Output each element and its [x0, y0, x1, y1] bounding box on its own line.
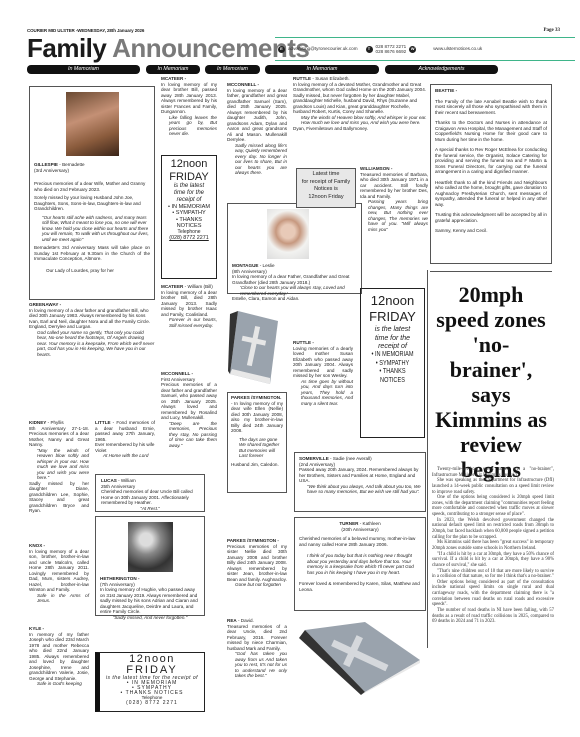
bible-illustration	[228, 306, 283, 386]
website-link[interactable]: www.ulsternotices.co.uk	[433, 46, 482, 52]
article-paragraph: Ms Kimmins said there has been "great su…	[432, 540, 554, 551]
notice-verse: "May the winds of Heaven blow softly and…	[29, 448, 89, 481]
notice-verse: At Home with the Lord	[95, 453, 155, 459]
column-divider	[430, 271, 552, 272]
notice-name: GILLESPIE	[34, 162, 58, 167]
notice-line: 12noon Friday	[297, 194, 355, 202]
news-headline: 20mph speed zones 'no-brainer', says Kim…	[432, 282, 550, 482]
notice-montague: MONTAGUE - Leslie (8th Anniversary) In l…	[227, 203, 362, 294]
notice-text: In loving memory of a dear father, grand…	[227, 88, 287, 143]
ad-line: • SYMPATHY	[367, 360, 417, 368]
notice-name: RUTTLE	[293, 76, 311, 81]
email-icon: E	[278, 46, 285, 53]
notice-text: Bernadette's 3rd Anniversary Mass will t…	[34, 245, 150, 262]
portrait-photo	[66, 92, 119, 156]
notice-text: Precious memories of a dear Wife, Mother…	[34, 181, 150, 192]
notice-name: PARKES /SYMINGTON -	[227, 538, 287, 544]
notice-text: A special thanks to Rev Roger McElnea fo…	[435, 147, 547, 175]
notice-lucas: LUCAS - William 25th Anniversary Cherish…	[95, 474, 205, 512]
notice-verse: Gone but not forgotten	[227, 582, 287, 588]
article-paragraph: Other options being considered as part o…	[432, 580, 554, 608]
ad-line: NOTICES	[367, 377, 417, 385]
deadline-advert-tall-1: 12noon FRIDAY is the latest time for the…	[161, 155, 217, 279]
notice-line: for receipt of Family	[297, 179, 355, 187]
acknowledgement-beattie: BEATTIE - The Family of the late Annabel…	[430, 84, 552, 264]
notice-name: MCATEER	[161, 284, 183, 289]
notice-verse: "We think about you always, And talk abo…	[299, 484, 421, 495]
notice-text: Dyan, Fivemiletown and Ballymoney.	[293, 126, 428, 132]
notice-text: In loving memory of my dear brother Bill…	[161, 82, 217, 115]
notice-text: In loving memory of a devoted Mother, Gr…	[293, 82, 428, 115]
notice-text: In memory of my father Joseph who died 2…	[29, 632, 89, 682]
notice-little: LITTLE - Fond memories of a dear husband…	[95, 420, 155, 462]
notice-text: 8th Anniversary 27-1-18. Precious memori…	[29, 426, 89, 448]
bible-illustration	[295, 620, 420, 695]
column-divider	[427, 270, 428, 648]
notice-verse: As time goes by without you, And days tu…	[293, 379, 353, 407]
notice-verse: I think of you today but that is nothing…	[299, 553, 421, 575]
notice-ruttle-1: RUTTLE - Susan Elizabeth. In loving memo…	[293, 76, 428, 134]
notice-text: In loving memory of Hughie, who passed a…	[100, 587, 200, 615]
ad-line: • THANKS	[367, 368, 417, 376]
deadline-advert-tall-2: 12noon FRIDAY is the latest time for the…	[360, 288, 425, 438]
web-icon: W	[409, 46, 416, 53]
ad-line: receipt of	[162, 197, 216, 204]
notice-kyle: KYLE - In memory of my father Joseph who…	[29, 626, 89, 690]
section-bar-acknowledgements: Acknowledgements	[385, 65, 498, 74]
notice-name: REA	[227, 618, 237, 623]
ad-line: • IN MEMORIAM	[367, 351, 417, 359]
notice-williamson: WILLIAMSON - Treasured memories of Barba…	[360, 166, 428, 235]
notice-subname: - Kathleen	[358, 521, 380, 526]
notice-text: Precious memories of my sister Nellie di…	[227, 544, 287, 583]
ad-line: 12noon	[162, 158, 216, 171]
notice-verse: "God has taken you away from us And take…	[227, 651, 287, 679]
page-number: Page 33	[543, 28, 560, 34]
ad-line: 12noon	[361, 293, 424, 309]
ad-line: time for the	[361, 335, 424, 343]
deadline-advert-wide: 12noon FRIDAY is the latest time for the…	[95, 652, 205, 712]
notice-verse: God called your name so gently, That onl…	[29, 330, 155, 358]
notice-text: Precious memories of a dear father and g…	[161, 382, 217, 421]
notice-turner: TURNER - Kathleen (20th Anniversary) Che…	[294, 517, 426, 611]
portrait-photo	[267, 209, 309, 259]
ad-line: FRIDAY	[361, 309, 424, 325]
notice-text: - In loving memory of my dear wife Ellen…	[231, 401, 283, 434]
notice-text: Treasured memories of a dear Uncle, died…	[227, 624, 287, 652]
notice-anniversary: (3rd Anniversary)	[34, 168, 150, 174]
notice-text: Sadly missed by her daughter Diane, gran…	[29, 481, 89, 514]
ad-line: is the latest	[162, 183, 216, 190]
article-paragraph: "That's nine children out of 10 that are…	[432, 569, 554, 580]
notice-mcconnell-1: MCCONNELL - In loving memory of a dear f…	[227, 82, 287, 179]
notice-text: Our Lady of Lourdes, pray for her	[34, 268, 150, 274]
notice-gillespie: GILLESPIE - Bernadette (3rd Anniversary)…	[29, 86, 155, 300]
notice-mcateer-2: MCATEER - William (Bill) In loving memor…	[161, 284, 217, 331]
notice-text: In loving memory of a dear Father, Grand…	[232, 274, 357, 285]
ad-line: time for the	[162, 190, 216, 197]
notice-subname: - Bernadette	[58, 162, 85, 167]
notice-subname: - William	[117, 478, 136, 483]
notice-line: Latest time	[297, 171, 355, 179]
phone-numbers: 028 8772 2271028 8676 6692	[376, 44, 407, 55]
notice-text: In loving memory of a dear brother Bill,…	[161, 290, 217, 318]
notice-parkes-2: PARKES /SYMINGTON - Precious memories of…	[227, 538, 287, 591]
notice-text: In loving memory of a dear son, brother,…	[29, 549, 89, 593]
phone-icon: T	[366, 46, 373, 53]
notice-subname: - David.	[237, 618, 254, 623]
notice-name: MONTAGUE	[232, 263, 258, 268]
phone-2: 028 8676 6692	[376, 49, 407, 55]
section-bar-in-memoriam-4: In Memoriam	[265, 65, 379, 74]
article-paragraph: In 2023, the Welsh devolved government c…	[432, 518, 554, 541]
article-paragraph: One of the options being considered is 2…	[432, 495, 554, 518]
notice-verse: The days are gone We shared together But…	[231, 437, 283, 459]
notice-subname: - Sadie (nee Averall)	[329, 456, 372, 461]
notice-name: LUCAS	[101, 478, 117, 483]
ad-line: FRIDAY	[162, 171, 216, 184]
notice-hetherington: HETHERINGTON - (7th Anniversary) In lovi…	[95, 516, 205, 616]
notice-verse: Safe in the Arms of Jesus.	[29, 593, 89, 604]
notice-text: Cherished memories of a beloved mummy, m…	[299, 536, 421, 547]
ad-line: receipt of	[361, 343, 424, 351]
notice-verse: "Deep are the memories, Precious they st…	[161, 421, 217, 449]
article-paragraph: She was speaking as the Department for I…	[432, 478, 554, 495]
notice-verse: Sadly missed along life's way, Quietly r…	[227, 143, 287, 176]
notice-text: Thanks to the Doctors and Nurses in atte…	[435, 120, 547, 142]
notice-anniversary: (20th Anniversary)	[299, 527, 421, 533]
notice-parkes-1: PARKES /SYMINGTON. - In loving memory of…	[227, 392, 287, 493]
email-link[interactable]: advertising@tyronecourier.uk.com	[288, 46, 358, 52]
notice-knox: KNOX - In loving memory of a dear son, b…	[29, 543, 89, 607]
notice-text: Ever remembered by his wife Violet	[95, 442, 155, 453]
portrait-photo	[128, 522, 173, 572]
notice-ruttle-2: RUTTLE - Loving memories of a dearly lov…	[293, 340, 353, 409]
notice-subname: - William (Bill)	[183, 284, 212, 289]
notice-text: Trusting this acknowledgment will be acc…	[435, 212, 547, 223]
news-article-body: Twenty-mile-per-hour speed zones are a "…	[432, 467, 554, 625]
notice-kidney: KIDNEY - Phyllis 8th Anniversary 27-1-18…	[29, 420, 89, 517]
ad-line: is the latest	[361, 326, 424, 334]
notice-text: The Family of the late Annabel Beattie w…	[435, 99, 547, 116]
section-bar-in-memoriam-1: In Memoriam	[27, 65, 140, 74]
article-paragraph: The number of road deaths in NI have bee…	[432, 608, 554, 625]
notice-text: In loving memory of a dear father and gr…	[29, 308, 155, 330]
notice-name: PARKES /SYMINGTON.	[231, 395, 283, 401]
section-bar-in-memoriam-2: In Memoriam	[146, 65, 200, 74]
notice-verse: "At Rest."	[101, 506, 199, 512]
notice-verse: "Sadly missed, And never forgotten."	[100, 615, 200, 621]
notice-verse: Forever in our hearts, Still missed ever…	[161, 317, 217, 328]
notice-mcconnell-2: MCCONNELL - First Anniversary Precious m…	[161, 371, 217, 451]
notice-verse: 'Close to our hearts you will always sta…	[232, 285, 357, 296]
article-paragraph: "If a child is hit by a car at 30mph, th…	[432, 552, 554, 569]
contact-strip: E advertising@tyronecourier.uk.com T 028…	[275, 37, 575, 61]
notice-verse: Passing years bring changes, Many things…	[360, 199, 428, 232]
notice-verse: May the winds of Heaven blow softly, And…	[293, 115, 428, 126]
notice-text: Heartfelt thank to all the kind Friends …	[435, 180, 547, 208]
notice-text: Cherished memories of dear Uncle Bill ca…	[101, 489, 199, 506]
notice-subname: - Susan Elizabeth.	[311, 76, 350, 81]
notice-name: TURNER	[339, 521, 358, 526]
article-paragraph: Twenty-mile-per-hour speed zones are a "…	[432, 467, 554, 478]
ad-phone: (028) 8772 2271	[162, 235, 216, 241]
title-part-1: Family	[27, 33, 106, 63]
notice-rea: REA - David. Treasured memories of a dea…	[227, 618, 287, 682]
notice-greenaway: GREENAWAY - In loving memory of a dear f…	[29, 302, 155, 360]
notice-text: Estelle, Clara, Eamon and Aidan.	[232, 296, 357, 302]
notice-line: Notices is	[297, 186, 355, 194]
notice-mcateer-1: MCATEER - In loving memory of my dear br…	[161, 76, 217, 140]
notice-verse: Safe in God's keeping	[29, 681, 89, 687]
notice-somerville: SOMERVILLE - Sadie (nee Averall) (2nd An…	[294, 452, 426, 512]
notice-name: SOMERVILLE	[299, 456, 329, 461]
notice-text: Sammy, Kenny and Cecil.	[435, 228, 547, 234]
notice-verse: "Our hearts still ache with sadness, and…	[34, 215, 150, 243]
latest-time-notice: Latest time for receipt of Family Notice…	[296, 168, 356, 208]
notice-verse: Like falling leaves the years go by, But…	[161, 115, 217, 137]
notice-subname: - Phyllis	[46, 420, 63, 425]
section-bar-in-memoriam-3: In Memoriam	[205, 65, 260, 74]
notice-text: Sorely missed by your loving Husband Joh…	[34, 195, 150, 212]
notice-text: Loving memories of a dearly loved mother…	[293, 346, 353, 379]
notice-name: LITTLE	[95, 420, 111, 425]
notice-name: BEATTIE -	[435, 88, 547, 94]
notice-text: Passed away 20th January, 2024. Remember…	[299, 467, 421, 484]
notice-text: Forever loved & remembered by Karen, Sil…	[299, 581, 421, 592]
notice-text: Husband Jim, Caledon.	[231, 462, 283, 468]
notice-text: Treasured memories of Barbara, who died …	[360, 172, 428, 200]
ad-phone: (028) 8772 2271	[100, 701, 204, 706]
notice-name: KIDNEY	[29, 420, 46, 425]
page-title: Family Announcements	[27, 34, 309, 62]
notice-subname: - Leslie	[258, 263, 274, 268]
